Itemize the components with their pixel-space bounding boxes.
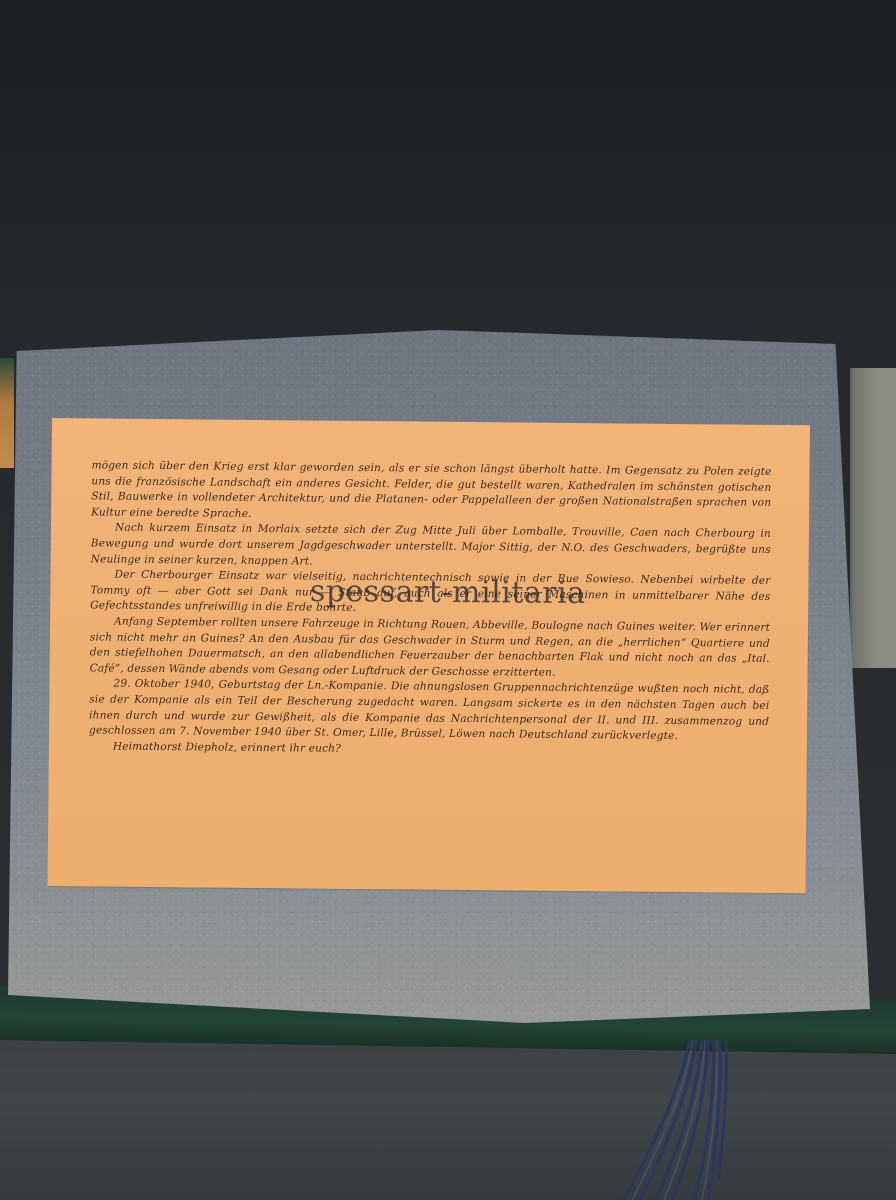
paragraph-1: mögen sich über den Krieg erst klar gewo…	[91, 458, 772, 527]
paragraph-4: Anfang September rollten unsere Fahrzeug…	[90, 614, 771, 683]
underlying-page-edge	[0, 358, 14, 468]
watermark: spessart-militaria	[310, 574, 586, 611]
adjacent-page	[850, 368, 896, 668]
text-card: mögen sich über den Krieg erst klar gewo…	[48, 418, 810, 893]
paragraph-2: Nach kurzem Einsatz in Morlaix setzte si…	[91, 521, 771, 574]
tassel-icon	[612, 1040, 752, 1200]
paragraph-5: 29. Oktober 1940, Geburtstag der Ln.-Kom…	[89, 677, 770, 746]
